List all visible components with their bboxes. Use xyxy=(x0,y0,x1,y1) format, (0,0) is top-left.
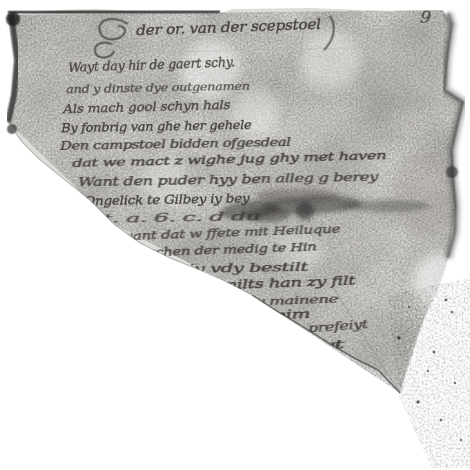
manuscript-line-12: schen der medig te Hin xyxy=(148,241,317,258)
manuscript-line-4: Als mach gool schyn hals xyxy=(63,99,230,116)
manuscript-line-8: Want den puder hyy ben alleg g berey xyxy=(78,171,378,188)
manuscript-line-9: Ongelick te Gilbey iy bey xyxy=(84,192,249,207)
manuscript-line-2: Wayt day hir de gaert schy. xyxy=(68,56,235,75)
manuscript-line-7: dat we mact z wighe jug ghy met haven xyxy=(72,150,386,170)
manuscript-line-1: der or. van der scepstoel xyxy=(136,18,321,38)
manuscript-line-5: By fonbrig van ghe her gehele xyxy=(61,119,251,135)
manuscript-line-6: Den campstoel bidden ofgesdeal xyxy=(60,136,291,153)
manuscript-line-3: and y dinste dye outgenamen xyxy=(66,81,250,96)
manuscript-line-10: rt. a. 6. c. d du xyxy=(92,210,260,225)
folio-number: 9 xyxy=(419,7,432,28)
manuscript-scan: der or. van der scepstoelWayt day hir de… xyxy=(0,0,470,470)
